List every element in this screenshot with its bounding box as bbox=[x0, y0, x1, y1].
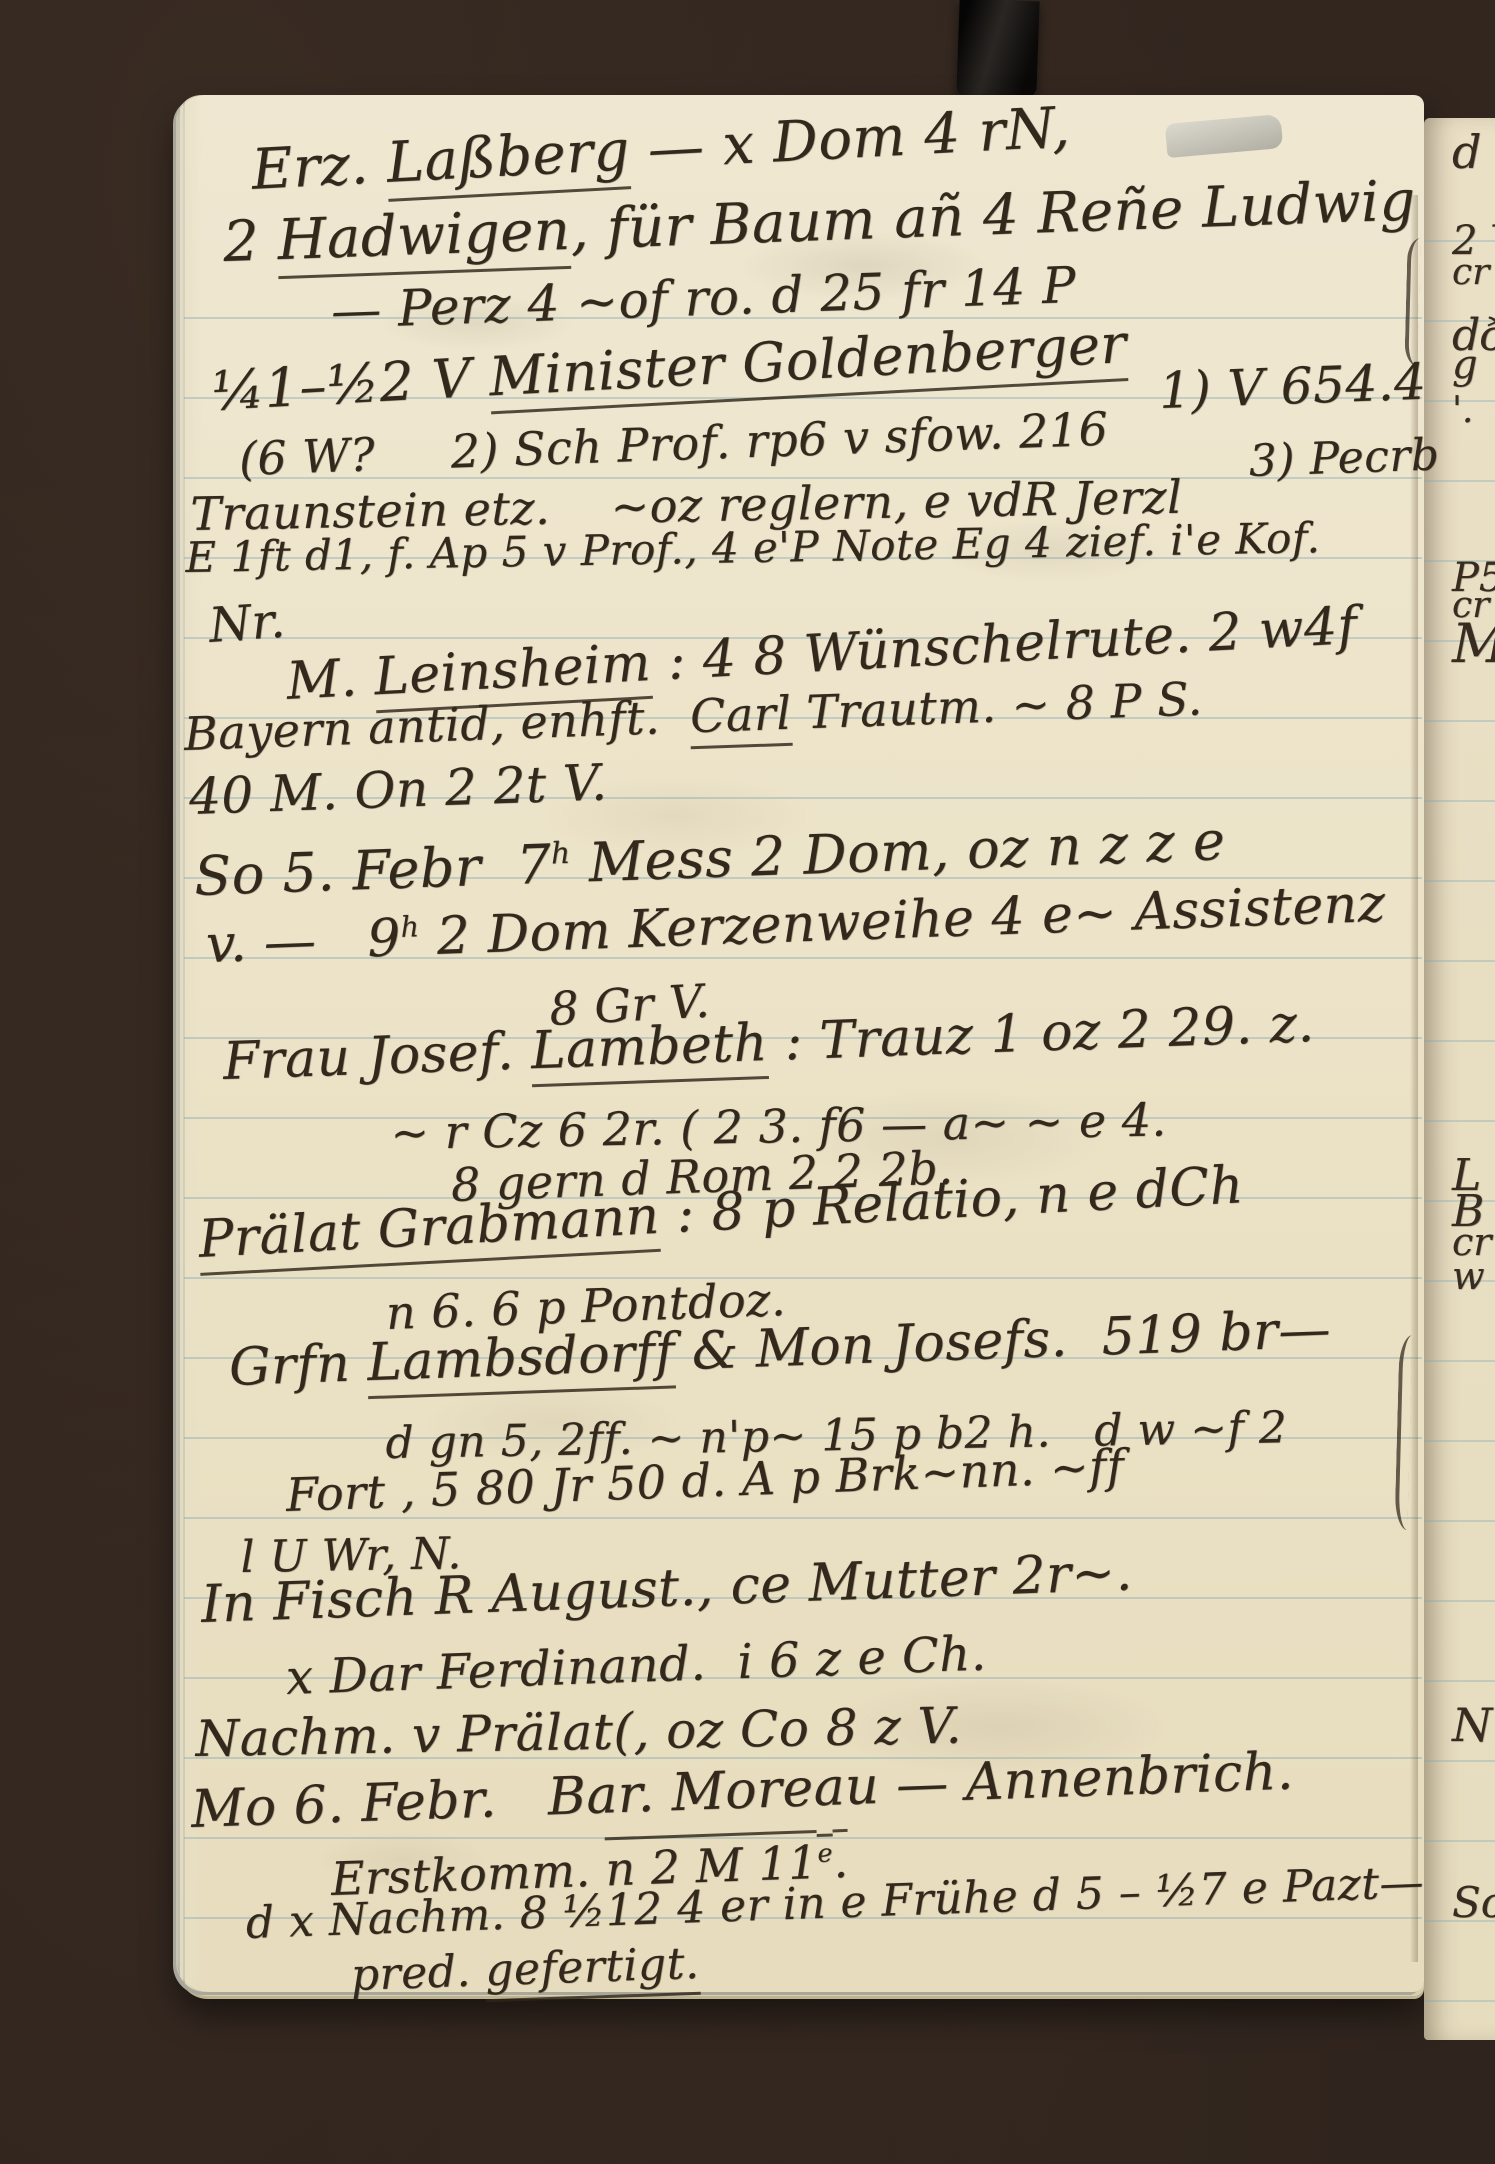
handwritten-line: 40 M. On 2 2t V. bbox=[188, 753, 608, 826]
handwritten-line: x Dar Ferdinand. i 6 z e Ch. bbox=[285, 1626, 987, 1706]
handwritten-line: 3) Pecrb bbox=[1248, 429, 1440, 487]
notebook-photo: d2 Vcrdðg'.P5crMLBcrwNSo Erz. Laßberg — … bbox=[0, 0, 1495, 2164]
handwritten-line: Nr. bbox=[207, 593, 287, 654]
handwriting-lines: Erz. Laßberg — x Dom 4 rN,2 Hadwigen, fü… bbox=[0, 0, 1495, 2164]
handwritten-line: pred. gefertigt. bbox=[350, 1938, 700, 2001]
handwritten-line: Frau Josef. Lambeth : Trauz 1 oz 2 29. z… bbox=[222, 994, 1315, 1092]
handwritten-line: 1) V 654.4 bbox=[1158, 353, 1427, 420]
